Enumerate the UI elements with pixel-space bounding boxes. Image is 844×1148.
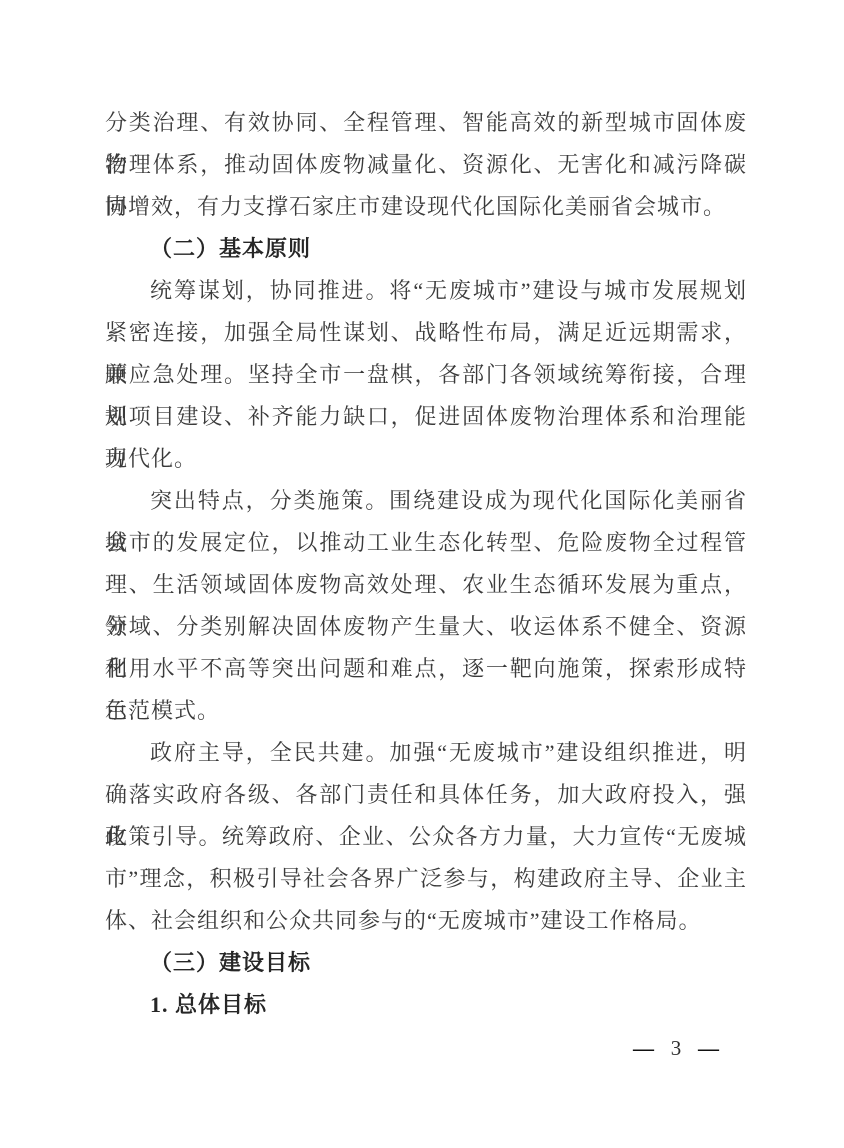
text-line: 同增效，有力支撑石家庄市建设现代化国际化美丽省会城市。 — [105, 186, 747, 228]
text-line: 紧密连接，加强全局性谋划、战略性布局，满足近远期需求，兼 — [105, 312, 747, 354]
section-heading: （二）基本原则 — [105, 228, 747, 270]
text-line: 顾应急处理。坚持全市一盘棋，各部门各领域统筹衔接，合理规 — [105, 354, 747, 396]
text-line: 确落实政府各级、各部门责任和具体任务，加大政府投入，强化 — [105, 774, 747, 816]
page-number-value: 3 — [671, 1036, 682, 1061]
text-line: 体、社会组织和公众共同参与的“无废城市”建设工作格局。 — [105, 900, 747, 942]
text-line: 突出特点，分类施策。围绕建设成为现代化国际化美丽省会 — [105, 480, 747, 522]
text-line: 城市的发展定位，以推动工业生态化转型、危险废物全过程管 — [105, 522, 747, 564]
text-line: 治理体系，推动固体废物减量化、资源化、无害化和减污降碳协 — [105, 144, 747, 186]
text-line: 政策引导。统筹政府、企业、公众各方力量，大力宣传“无废城 — [105, 816, 747, 858]
text-line: 利用水平不高等突出问题和难点，逐一靶向施策，探索形成特色 — [105, 648, 747, 690]
page-number: — 3 — — [633, 1035, 719, 1061]
text-line: 划项目建设、补齐能力缺口，促进固体废物治理体系和治理能力 — [105, 396, 747, 438]
text-line: 市”理念，积极引导社会各界广泛参与，构建政府主导、企业主 — [105, 858, 747, 900]
text-line: 领域、分类别解决固体废物产生量大、收运体系不健全、资源化 — [105, 606, 747, 648]
section-heading: （三）建设目标 — [105, 942, 747, 984]
text-line: 理、生活领域固体废物高效处理、农业生态循环发展为重点，分 — [105, 564, 747, 606]
page-number-dash-left: — — [633, 1036, 654, 1061]
page-number-dash-right: — — [698, 1036, 719, 1061]
document-page: 分类治理、有效协同、全程管理、智能高效的新型城市固体废物 治理体系，推动固体废物… — [0, 0, 844, 1148]
text-line: 分类治理、有效协同、全程管理、智能高效的新型城市固体废物 — [105, 102, 747, 144]
section-heading: 1. 总体目标 — [105, 984, 747, 1026]
text-line: 示范模式。 — [105, 690, 747, 732]
text-line: 统筹谋划，协同推进。将“无废城市”建设与城市发展规划 — [105, 270, 747, 312]
document-body: 分类治理、有效协同、全程管理、智能高效的新型城市固体废物 治理体系，推动固体废物… — [105, 102, 747, 1026]
text-line: 政府主导，全民共建。加强“无废城市”建设组织推进，明 — [105, 732, 747, 774]
text-line: 现代化。 — [105, 438, 747, 480]
